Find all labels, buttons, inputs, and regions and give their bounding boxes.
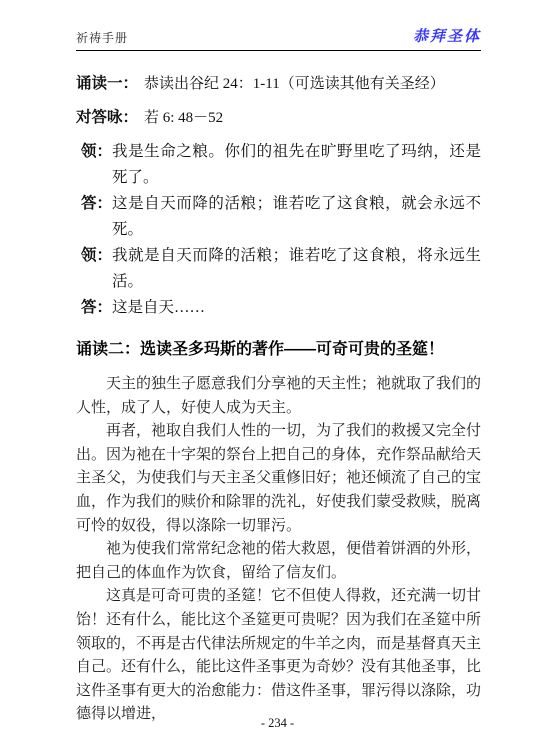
- dialogue-text: 这是自天……: [112, 295, 481, 321]
- speaker-label: 领：: [81, 243, 112, 269]
- dialogue-text: 我就是自天而降的活粮；谁若吃了这食粮，将永远生活。: [112, 243, 481, 295]
- body-paragraph: 祂为使我们常常纪念祂的偌大救恩，便借着饼酒的外形，把自己的体血作为饮食，留给了信…: [76, 538, 481, 585]
- page-number: - 234 -: [0, 716, 555, 731]
- running-header-book-title: 祈祷手册: [76, 29, 128, 46]
- running-header-chapter-title: 恭拜圣体: [413, 25, 481, 46]
- reading-one-reference: 恭读出谷纪 24：1-11（可选读其他有关圣经）: [144, 76, 445, 92]
- speaker-label: 领：: [81, 139, 112, 165]
- document-page: 祈祷手册 恭拜圣体 诵读一：恭读出谷纪 24：1-11（可选读其他有关圣经） 对…: [0, 0, 555, 744]
- dialogue-line: 领： 我就是自天而降的活粮；谁若吃了这食粮，将永远生活。: [81, 243, 481, 295]
- dialogue-text: 这是自天而降的活粮；谁若吃了这食粮，就会永远不死。: [112, 191, 481, 243]
- dialogue-line: 答： 这是自天……: [81, 295, 481, 321]
- reading-one-block: 诵读一：恭读出谷纪 24：1-11（可选读其他有关圣经） 对答咏：若 6: 48…: [76, 71, 481, 127]
- responsorial-dialogue: 领： 我是生命之粮。你们的祖先在旷野里吃了玛纳，还是死了。 答： 这是自天而降的…: [76, 139, 481, 321]
- dialogue-text: 我是生命之粮。你们的祖先在旷野里吃了玛纳，还是死了。: [112, 139, 481, 191]
- body-paragraph: 天主的独生子愿意我们分享祂的天主性；祂就取了我们的人性，成了人，好使人成为天主。: [76, 373, 481, 420]
- responsory-line: 对答咏：若 6: 48－52: [76, 105, 481, 127]
- speaker-label: 答：: [81, 191, 112, 217]
- body-paragraph: 再者，祂取自我们人性的一切，为了我们的救援又完全付出。因为祂在十字架的祭台上把自…: [76, 420, 481, 538]
- reading-two-body: 天主的独生子愿意我们分享祂的天主性；祂就取了我们的人性，成了人，好使人成为天主。…: [76, 373, 481, 727]
- page-header: 祈祷手册 恭拜圣体: [76, 0, 481, 51]
- reading-one-label: 诵读一：: [76, 75, 138, 92]
- reading-two-heading: 诵读二：选读圣多玛斯的著作——可奇可贵的圣筵！: [76, 336, 481, 359]
- responsory-label: 对答咏：: [76, 109, 138, 126]
- dialogue-line: 答： 这是自天而降的活粮；谁若吃了这食粮，就会永远不死。: [81, 191, 481, 243]
- body-paragraph: 这真是可奇可贵的圣筵！它不但使人得救，还充满一切甘饴！还有什么，能比这个圣筵更可…: [76, 585, 481, 727]
- speaker-label: 答：: [81, 295, 112, 321]
- reading-one-line: 诵读一：恭读出谷纪 24：1-11（可选读其他有关圣经）: [76, 71, 481, 93]
- dialogue-line: 领： 我是生命之粮。你们的祖先在旷野里吃了玛纳，还是死了。: [81, 139, 481, 191]
- responsory-reference: 若 6: 48－52: [144, 110, 223, 126]
